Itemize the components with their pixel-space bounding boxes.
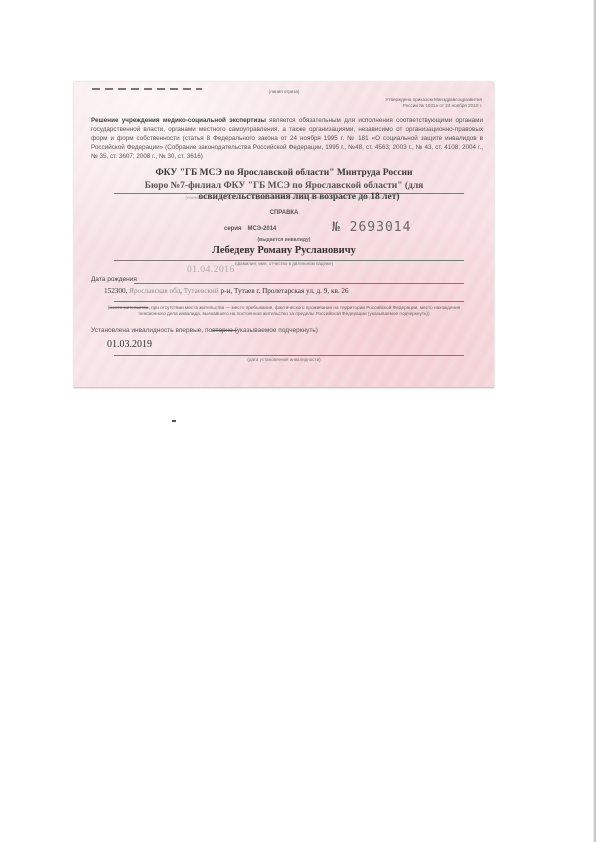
legal-paragraph-bold: Решение учреждения медико-социальной экс… bbox=[91, 117, 266, 124]
issued-to-caption: (выдается инвалиду) bbox=[74, 237, 494, 243]
legal-paragraph: Решение учреждения медико-социальной экс… bbox=[91, 116, 483, 161]
dob-underline bbox=[134, 283, 464, 284]
approval-note: Утверждена приказом Минздравсоцразвития … bbox=[386, 97, 482, 109]
residence-note-text: , при отсутствии места жительства — мест… bbox=[138, 305, 460, 316]
address-region: Ярославская обл bbox=[129, 287, 180, 295]
recipient-name: Лебедеву Роману Руслановичу bbox=[74, 245, 494, 256]
residence-caption: (место жительства, при отсутствии места … bbox=[94, 305, 474, 317]
document-title: СПРАВКА bbox=[74, 210, 494, 216]
cut-line-label: (линия отреза) bbox=[74, 89, 494, 94]
address-district: Тутаевский bbox=[184, 287, 219, 295]
series-value: МСЭ-2014 bbox=[248, 226, 277, 232]
organization-line-1: ФКУ "ГБ МСЭ по Ярославской области" Минт… bbox=[104, 168, 464, 178]
certificate-number: № 2693014 bbox=[332, 220, 411, 235]
name-caption: (фамилия, имя, отчество в дательном паде… bbox=[74, 261, 494, 266]
scan-artifact bbox=[172, 420, 176, 422]
address: 152300, Ярославская обл, Тутаевский р-н,… bbox=[104, 287, 349, 295]
disability-date-caption: (дата установления инвалидности) bbox=[74, 357, 494, 362]
disability-date-underline bbox=[114, 355, 464, 356]
address-rest: р-н, Тутаев г, Пролетарская ул, д. 9, кв… bbox=[219, 287, 349, 295]
residence-struck: место жительства bbox=[109, 305, 148, 310]
disability-label: Установлена инвалидность впервые, по bbox=[91, 327, 212, 334]
disability-date: 01.03.2019 bbox=[107, 339, 152, 350]
address-postcode: 152300, bbox=[104, 287, 129, 295]
address-underline bbox=[114, 301, 464, 302]
approval-line-2: России № 1031н от 24 ноября 2010 г. bbox=[386, 103, 482, 109]
organization-caption: (наименование федерального государственн… bbox=[114, 195, 454, 200]
disability-established: Установлена инвалидность впервые, повтор… bbox=[91, 327, 318, 334]
disability-certificate: (линия отреза) Утверждена приказом Минзд… bbox=[74, 82, 494, 388]
series-label: серия bbox=[224, 226, 242, 232]
disability-rest: указываемое подчеркнуть) bbox=[237, 327, 318, 334]
date-of-birth-label: Дата рождения bbox=[91, 276, 137, 283]
date-of-birth-value: 01.04.2016 bbox=[187, 265, 235, 275]
disability-struck: вторно ( bbox=[212, 327, 237, 334]
series: серияМСЭ-2014 bbox=[224, 226, 276, 232]
organization-line-2: Бюро №7-филиал ФКУ "ГБ МСЭ по Ярославско… bbox=[104, 181, 464, 191]
